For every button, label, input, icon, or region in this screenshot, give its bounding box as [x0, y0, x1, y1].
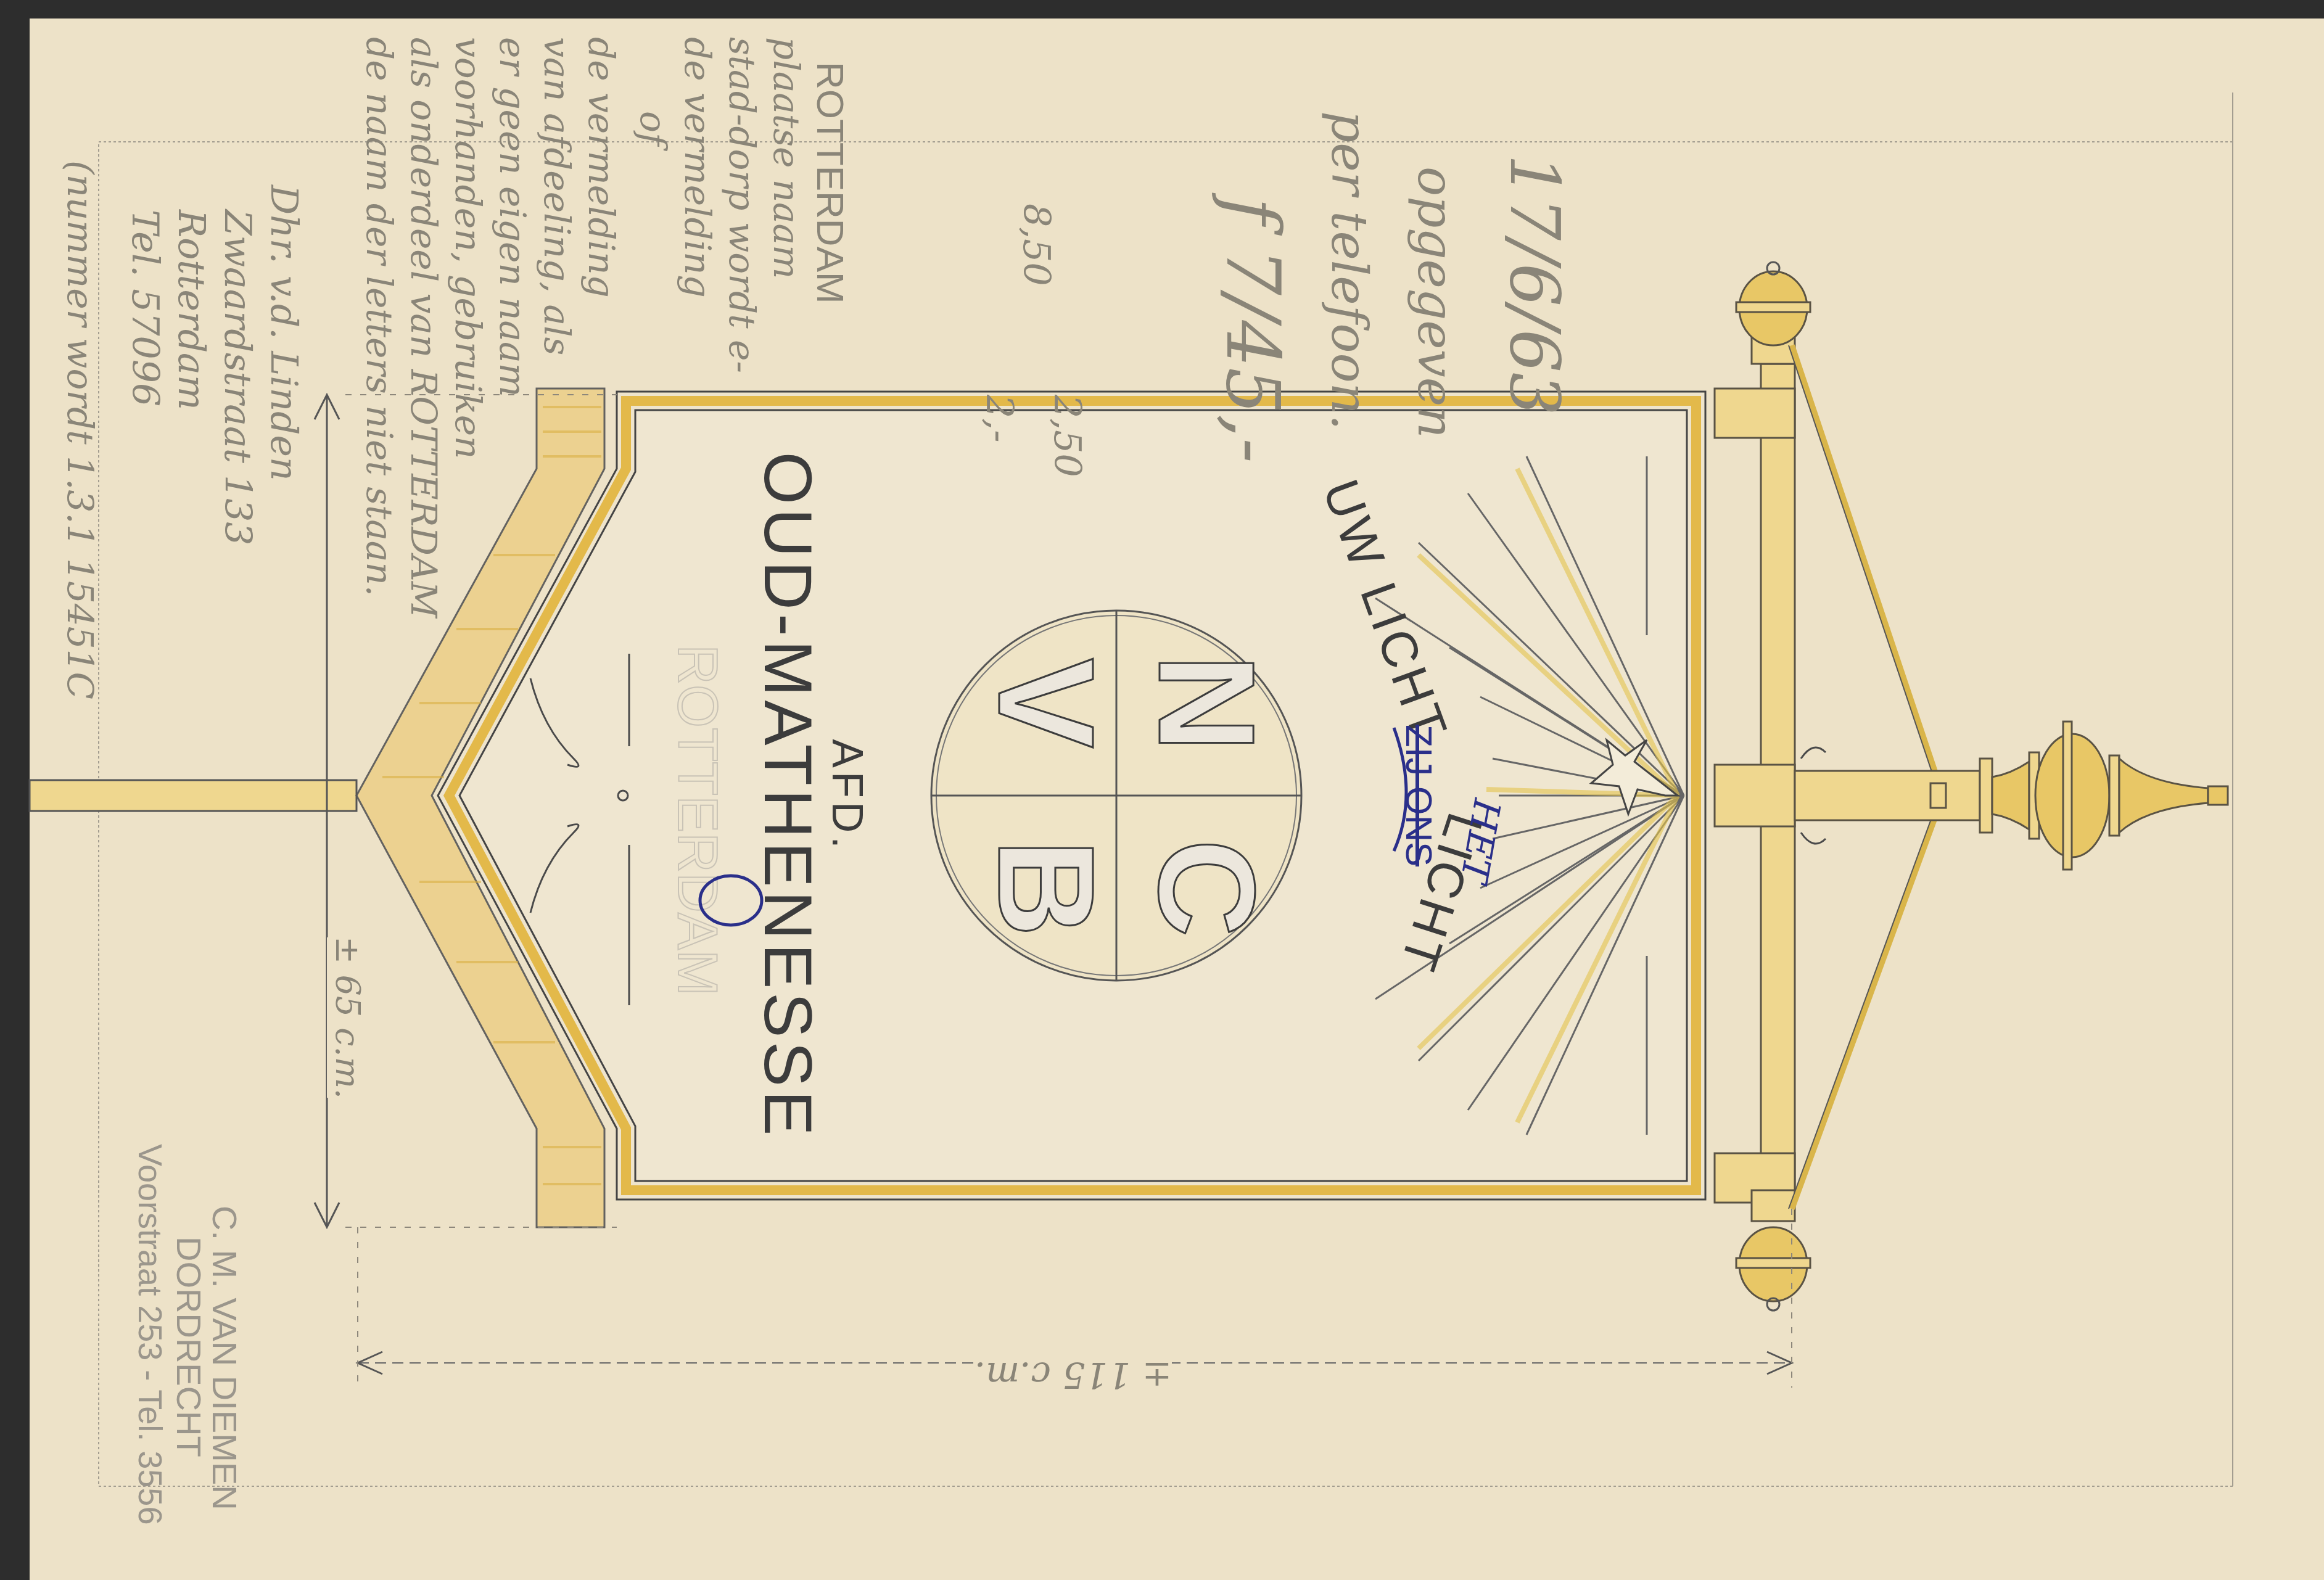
- erased-text-group: ROTTERDAM: [666, 644, 728, 996]
- instruction-title-group: ROTTERDAM: [809, 62, 851, 304]
- stamp-line1: C. M. VAN DIEMEN: [205, 1206, 244, 1510]
- division-prefix-group: AFD.: [823, 739, 871, 852]
- instruction-line: voorhanden, gebruiken: [447, 37, 489, 459]
- instruction-line: of: [632, 111, 674, 152]
- division-prefix: AFD.: [823, 739, 871, 852]
- date-note: 17/6/63: [1495, 154, 1574, 416]
- order-note-line1: opgegeven: [1407, 167, 1464, 438]
- instruction-title: ROTTERDAM: [809, 62, 851, 304]
- price-note: f 7/45,-: [1209, 192, 1295, 463]
- contact-line: Rotterdam: [170, 209, 213, 410]
- contact-lines: Dhr. v.d. Linden Zwaardstraat 133 Rotter…: [123, 184, 305, 546]
- pole: [30, 780, 356, 811]
- contact-line: Dhr. v.d. Linden: [262, 184, 305, 481]
- dimension-length-label: ± 115 c.m.: [975, 1354, 1172, 1396]
- instruction-line: er geen eigen naam: [492, 37, 534, 397]
- order-note-1-group: opgegeven: [1407, 167, 1464, 438]
- erased-rotterdam: ROTTERDAM: [666, 644, 728, 996]
- finial-bottom: [1736, 1227, 1810, 1310]
- stamp-line2: DORDRECHT: [170, 1236, 208, 1457]
- price-note-group: f 7/45,-: [1209, 192, 1295, 463]
- pole-bottom: [30, 780, 356, 811]
- stamp-line3: Voorstraat 253 - Tel. 3556: [131, 1144, 168, 1524]
- dimension-width-label-group: ± 65 c.m.: [327, 936, 367, 1099]
- emblem: N C V B: [931, 611, 1301, 981]
- emblem-letter-c: C: [1131, 839, 1282, 937]
- figure-1-group: 8,50: [1015, 204, 1058, 286]
- instruction-line: van afdeeling, als: [536, 37, 578, 355]
- instruction-line: als onderdeel van ROTTERDAM: [403, 37, 445, 619]
- figure-2: 2,50: [1045, 394, 1089, 477]
- contact-line: Tel. 57096: [123, 210, 167, 406]
- division-name: OUD-MATHENESSE: [750, 452, 826, 1140]
- contact-line: Zwaardstraat 133: [216, 208, 259, 546]
- dimension-width-label: ± 65 c.m.: [328, 936, 367, 1099]
- pole-top-finial: [1795, 722, 2228, 870]
- instruction-line: stad-dorp wordt e-: [721, 37, 763, 373]
- date-note-group: 17/6/63: [1495, 154, 1574, 416]
- emblem-letter-v: V: [970, 658, 1122, 749]
- maker-stamp: C. M. VAN DIEMEN DORDRECHT Voorstraat 25…: [131, 1144, 244, 1524]
- emblem-letter-b: B: [970, 839, 1122, 937]
- finial-top: [1736, 262, 1810, 345]
- motto-struck-out: ZIJ ONS: [1398, 725, 1440, 866]
- reference-note: (nummer wordt 1.3.1 15451C: [59, 160, 101, 699]
- emblem-letter-n: N: [1131, 654, 1282, 752]
- instruction-line: de vermelding: [580, 37, 622, 298]
- division-text-group: OUD-MATHENESSE: [750, 452, 826, 1140]
- instruction-line: plaatse naam: [765, 37, 807, 279]
- figure-3-group: 2,-: [978, 394, 1021, 443]
- figure-1: 8,50: [1015, 204, 1058, 286]
- banner-drawing: OUD-MATHENESSE AFD. ROTTERDAM N C V B: [0, 0, 2324, 1580]
- reference-note-group: (nummer wordt 1.3.1 15451C: [59, 160, 101, 699]
- instruction-line: de vermelding: [677, 37, 719, 298]
- figure-3: 2,-: [978, 394, 1021, 443]
- dimension-length-label-group: ± 115 c.m.: [975, 1354, 1172, 1396]
- crossbar: [1715, 333, 1795, 1221]
- order-note-2-group: per telefoon.: [1321, 111, 1378, 430]
- order-note-line2: per telefoon.: [1321, 111, 1378, 430]
- instruction-line: de naam der letters niet staan.: [358, 37, 400, 596]
- figure-2-group: 2,50: [1045, 394, 1089, 477]
